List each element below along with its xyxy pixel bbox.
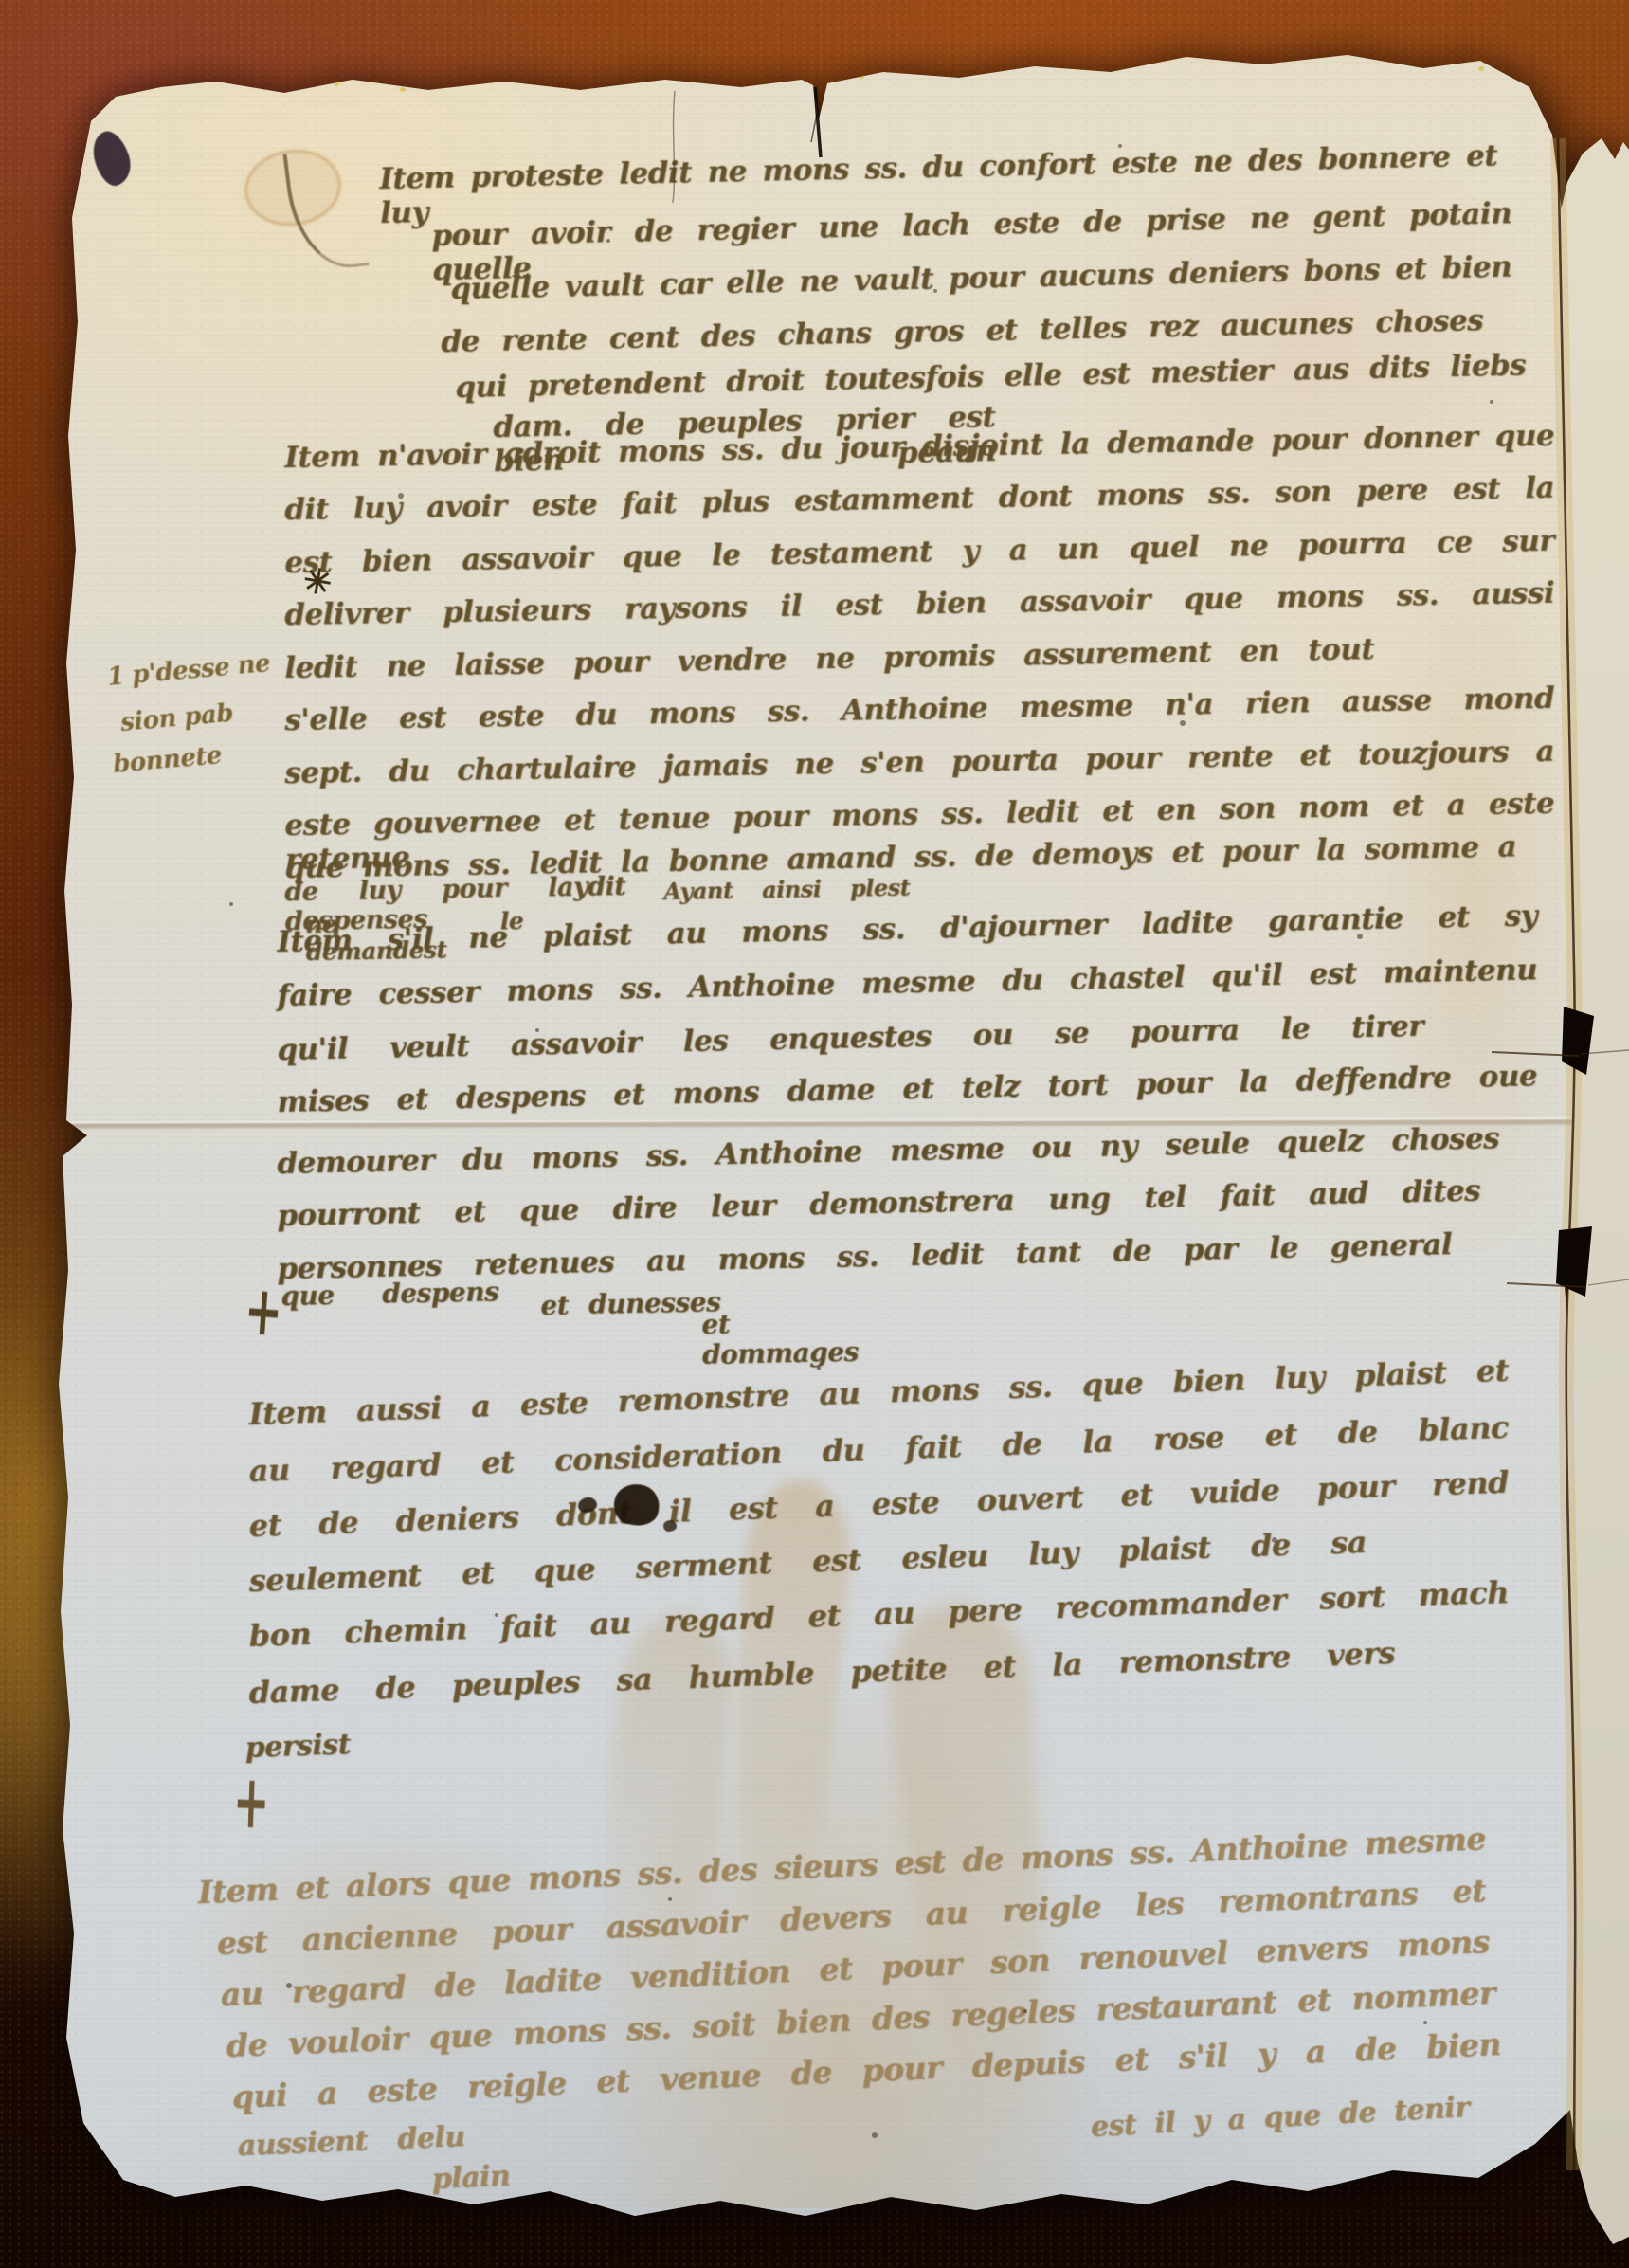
margin-note-line-3: bonnete bbox=[112, 741, 223, 779]
margin-note-line-1: 1 p'desse ne bbox=[106, 649, 271, 692]
handwriting-layer: Item proteste ledit ne mons ss. du confo… bbox=[0, 0, 1629, 2268]
foxing-speck bbox=[668, 1897, 672, 1901]
manuscript-line-p2-3: est bien assavoir que le testament y a u… bbox=[284, 525, 1554, 581]
edge-glint bbox=[400, 87, 406, 92]
edge-glint bbox=[627, 80, 633, 84]
foxing-speck bbox=[1118, 144, 1122, 148]
manuscript-line-p2-2: dit luy avoir este fait plus estamment d… bbox=[284, 472, 1554, 528]
foxing-speck bbox=[398, 493, 404, 499]
manuscript-line-p5-7: plain bbox=[431, 2159, 536, 2196]
foxing-speck bbox=[1357, 934, 1363, 939]
manuscript-line-p3-4: mises et despens et mons dame et telz to… bbox=[277, 1060, 1537, 1119]
edge-glint bbox=[859, 74, 864, 79]
ink-blot bbox=[663, 1520, 677, 1532]
manuscript-line-p3-3: qu'il veult assavoir les enquestes ou se… bbox=[277, 1010, 1423, 1068]
foxing-speck bbox=[1490, 400, 1493, 404]
foxing-speck bbox=[1272, 1537, 1277, 1543]
cross-mark: + bbox=[232, 1764, 271, 1839]
manuscript-line-p2-5: ledit ne laisse pour vendre ne promis as… bbox=[284, 633, 1374, 686]
foxing-speck bbox=[606, 239, 610, 243]
manuscript-line-p2-7: sept. du chartulaire jamais ne s'en pour… bbox=[284, 735, 1554, 791]
manuscript-line-p1-5: qui pretendent droit toutesfois elle est… bbox=[455, 349, 1526, 405]
foxing-speck bbox=[229, 902, 233, 906]
manuscript-line-p2-6: s'elle est este du mons ss. Anthoine mes… bbox=[284, 682, 1554, 738]
edge-glint bbox=[1478, 66, 1484, 71]
manuscript-line-p3-6: pourront et que dire leur demonstrera un… bbox=[277, 1174, 1480, 1233]
foxing-speck bbox=[933, 289, 937, 293]
manuscript-line-p3-5: demourer du mons ss. Anthoine mesme ou n… bbox=[277, 1122, 1499, 1182]
edge-glint bbox=[570, 85, 576, 90]
ink-blot bbox=[87, 127, 136, 190]
cross-mark: + bbox=[243, 1277, 285, 1348]
foxing-speck bbox=[495, 1613, 498, 1617]
manuscript-line-p5-8: est il y a que de tenir bbox=[1090, 2092, 1470, 2144]
manuscript-photo: Item proteste ledit ne mons ss. du confo… bbox=[0, 0, 1629, 2268]
foxing-speck bbox=[286, 1983, 292, 1988]
foxing-speck bbox=[535, 1028, 539, 1032]
manuscript-line-p3-8: que despens bbox=[281, 1277, 499, 1312]
foxing-speck bbox=[872, 2132, 878, 2138]
edge-glint bbox=[953, 70, 959, 75]
foxing-speck bbox=[1063, 1196, 1067, 1200]
foxing-speck bbox=[1423, 2021, 1427, 2024]
edge-glint bbox=[334, 82, 339, 86]
manuscript-line-p2-11: Ayant ainsi plest bbox=[663, 874, 910, 904]
asterisk-mark: ✳ bbox=[300, 563, 335, 602]
manuscript-page: Item proteste ledit ne mons ss. du confo… bbox=[0, 0, 1629, 2268]
manuscript-line-p2-4: delivrer plusieurs raysons il est bien a… bbox=[284, 577, 1554, 633]
foxing-speck bbox=[817, 1367, 821, 1370]
margin-note-line-2: sion pab bbox=[119, 699, 234, 737]
foxing-speck bbox=[1180, 720, 1186, 726]
manuscript-line-p3-9: et dunesses bbox=[540, 1287, 721, 1321]
manuscript-line-p5-6: aussient delu bbox=[237, 2121, 465, 2164]
manuscript-line-p3-10: et dommages bbox=[701, 1306, 892, 1371]
paper-leaves: Item proteste ledit ne mons ss. du confo… bbox=[0, 0, 1629, 2268]
foxing-speck bbox=[1023, 2009, 1027, 2013]
edge-glint bbox=[480, 80, 485, 84]
